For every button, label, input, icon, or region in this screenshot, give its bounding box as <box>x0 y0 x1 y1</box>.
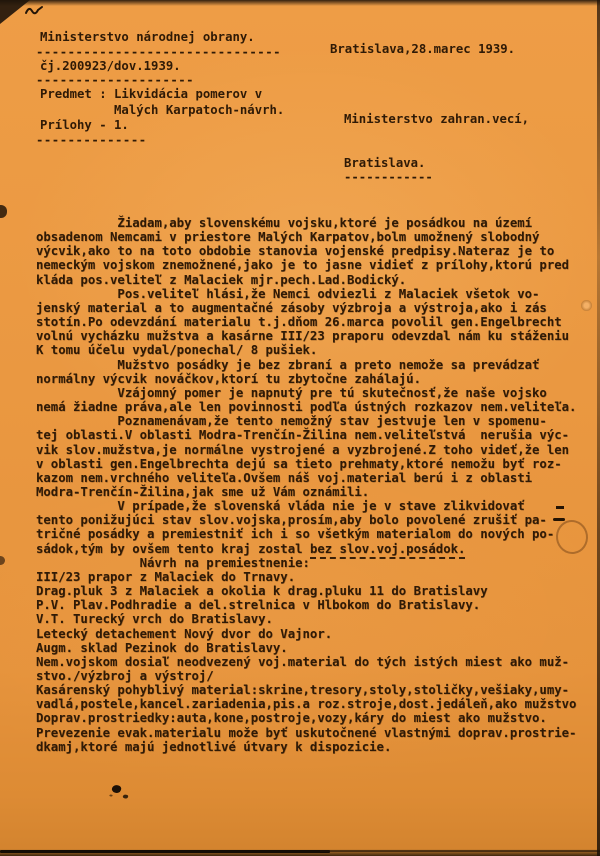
pen-mark <box>24 3 46 19</box>
dateline: Bratislava,28.marec 1939. <box>330 42 515 56</box>
underline-rule: -------------- <box>36 134 284 147</box>
body-line: Pos.veliteľ hlási,že Nemci odviezli z Ma… <box>36 287 598 301</box>
body-line: Kasárenský pohyblivý material:skrine,tre… <box>36 683 598 697</box>
body-line: vik slov.mužstva,je normálne vystrojené … <box>36 443 598 457</box>
underline-rule: ------------------------------- <box>36 46 284 59</box>
body-line: III/23 prapor z Malaciek do Trnavy. <box>36 570 598 584</box>
scan-bottom-edge-shadow <box>0 849 600 856</box>
scan-bottom-line-thin <box>320 850 600 852</box>
body-line: kláda pos.veliteľ z Malaciek mjr.pech.La… <box>36 273 598 287</box>
body-line: vadlá,postele,kancel.zariadenia,pis.a ro… <box>36 697 598 711</box>
body-line: Drag.pluk 3 z Malaciek a okolia k drag.p… <box>36 584 598 598</box>
body-line: Modra-Trenčín-Žilina,jak sme už Vám ozná… <box>36 485 598 499</box>
body-line: tričné posádky a premiestniť ich i so vš… <box>36 527 598 541</box>
attachments: Prílohy - 1. <box>40 118 284 134</box>
scan-top-edge-shadow <box>0 0 600 6</box>
addressee-city: Bratislava. ------------ <box>344 156 433 184</box>
subject-line-2: Malých Karpatoch-návrh. <box>40 103 284 119</box>
body-line: normálny výcvik nováčkov,ktorí tu zbytoč… <box>36 372 598 386</box>
scanned-document-page: Ministerstvo národnej obrany. ----------… <box>0 0 600 856</box>
body-line: V.T. Turecký vrch do Bratislavy. <box>36 612 598 626</box>
body-line: tento ponižujúci stav slov.vojska,prosím… <box>36 513 598 527</box>
left-edge-spot <box>0 205 7 218</box>
addressee: Ministerstvo zahran.vecí, <box>344 112 529 126</box>
page-corner-shadow <box>0 0 30 24</box>
body-text: Žiadam,aby slovenskému vojsku,ktoré je p… <box>36 216 598 754</box>
body-line: V prípade,že slovenská vláda nie je v st… <box>36 499 598 513</box>
body-line: Letecký detachement Nový dvor do Vajnor. <box>36 627 598 641</box>
body-line: nemá žiadne práva,ale len povinnosti pod… <box>36 400 598 414</box>
body-line: sádok,tým by ovšem tento kraj zostal bez… <box>36 542 598 556</box>
body-line: Mužstvo posádky je bez zbraní a preto ne… <box>36 358 598 372</box>
file-number: čj.200923/dov.1939. <box>40 59 284 75</box>
address-block: Bratislava,28.marec 1939. Ministerstvo z… <box>330 42 515 56</box>
body-line: tej oblasti.V oblasti Modra-Trenčín-Žili… <box>36 428 598 442</box>
body-line: dkamj,ktoré majú jednotlivé útvary k dis… <box>36 740 598 754</box>
body-line: obsadenom Nemcami v priestore Malých Kar… <box>36 230 598 244</box>
body-line: nemeckým vojskom znemožnené,jako je to j… <box>36 258 598 272</box>
body-line: Prevezenie evak.materialu može byť uskut… <box>36 726 598 740</box>
body-line: stvo./výzbroj a výstroj/ <box>36 669 598 683</box>
underlined-phrase: bez slov.voj.posádok. <box>310 542 465 559</box>
body-line: kazom nem.vrchného veliteľa.Ovšem náš vo… <box>36 471 598 485</box>
body-line: stotín.Po odevzdání materialu t.j.dňom 2… <box>36 315 598 329</box>
subject-line-1: Predmet : Likvidácia pomerov v <box>40 87 284 103</box>
body-line: Vzájomný pomer je napnutý pre tú skutečn… <box>36 386 598 400</box>
body-line: Doprav.prostriedky:auta,kone,postroje,vo… <box>36 711 598 725</box>
body-line: Augm. sklad Pezinok do Bratislavy. <box>36 641 598 655</box>
body-line: K tomu účelu vydal/ponechal/ 8 pušiek. <box>36 343 598 357</box>
body-line: Žiadam,aby slovenskému vojsku,ktoré je p… <box>36 216 598 230</box>
body-line: volnú vycházku mužstva a kasárne III/23 … <box>36 329 598 343</box>
body-line: Poznamenávam,že tento nemožný stav jestv… <box>36 414 598 428</box>
scan-bottom-line <box>0 850 330 853</box>
body-line: jenský material a to augmentačné zásoby … <box>36 301 598 315</box>
body-line: výcvik,ako to na toto obdobie stanovia v… <box>36 244 598 258</box>
body-line: Nem.vojskom dosiaľ neodvezený voj.materi… <box>36 655 598 669</box>
body-line: P.V. Plav.Podhradie a del.strelnica v Hl… <box>36 598 598 612</box>
sender-office: Ministerstvo národnej obrany. <box>40 30 284 46</box>
underline-rule: ------------ <box>344 170 433 184</box>
underline-rule: -------------------- <box>36 74 284 87</box>
letterhead: Ministerstvo národnej obrany. ----------… <box>40 30 284 147</box>
ink-blot <box>111 784 122 795</box>
left-edge-spot <box>0 556 5 565</box>
body-line: v oblasti gen.Engelbrechta dejú sa tieto… <box>36 457 598 471</box>
